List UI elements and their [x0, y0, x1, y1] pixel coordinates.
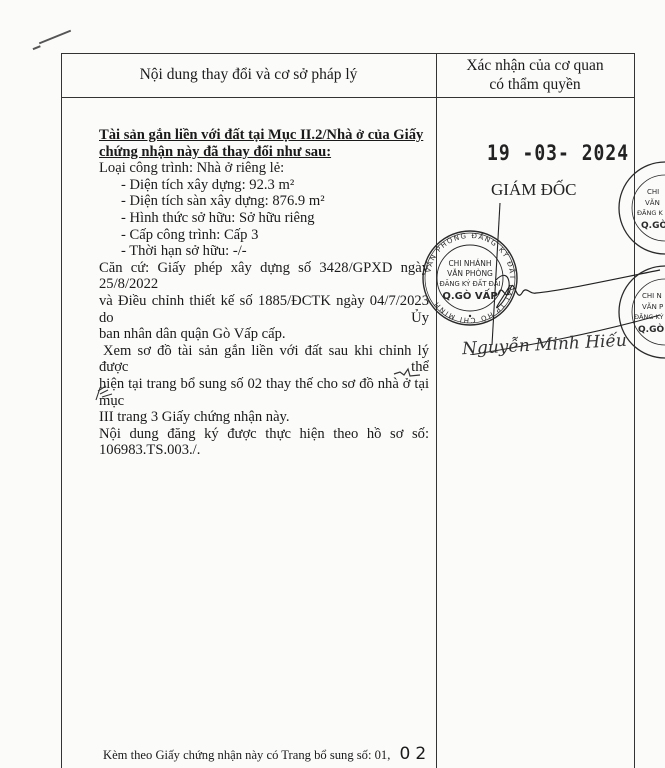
- legal-basis-line-1: Căn cứ: Giấy phép xây dựng số 3428/GPXD …: [99, 260, 429, 293]
- legal-basis-line-3: ban nhân dân quận Gò Vấp cấp.: [99, 326, 429, 343]
- edge-seal-bottom-line-1: CHI N: [642, 292, 662, 300]
- content-heading: Tài sản gắn liền với đất tại Mục II.2/Nh…: [99, 127, 429, 160]
- edge-seal-top-line-3: ĐĂNG K: [637, 208, 663, 217]
- item-ownership-form: - Hình thức sở hữu: Sở hữu riêng: [99, 210, 429, 227]
- edge-seal-bottom-line-2: VĂN P: [642, 302, 663, 311]
- edge-seal-bottom-line-3: ĐĂNG KÝ: [634, 312, 663, 321]
- edge-seal-bottom: CHI N VĂN P ĐĂNG KÝ Q.GÒ: [612, 262, 665, 362]
- edge-seal-bottom-line-4: Q.GÒ: [638, 323, 664, 335]
- diagram-note-line-2: hiện tại trang bổ sung số 02 thay thế ch…: [99, 376, 429, 409]
- diagram-note-line-3: III trang 3 Giấy chứng nhận này.: [99, 409, 429, 426]
- item-ownership-term: - Thời hạn sở hữu: -/-: [99, 243, 429, 260]
- header-right-line1: Xác nhận của cơ quan: [466, 56, 603, 75]
- certification-date: 19 -03- 2024: [487, 141, 629, 166]
- item-construction-grade: - Cấp công trình: Cấp 3: [99, 227, 429, 244]
- header-changes-legal-basis: Nội dung thay đổi và cơ sở pháp lý: [61, 53, 436, 97]
- construction-type: Loại công trình: Nhà ở riêng lẻ:: [99, 160, 429, 177]
- registration-line-2: 106983.TS.003./.: [99, 442, 429, 459]
- diagram-note-line-1: Xem sơ đồ tài sản gắn liền với đất sau k…: [99, 343, 429, 376]
- edge-seal-top-line-1: CHI: [647, 188, 659, 196]
- heading-line-1: Tài sản gắn liền với đất tại Mục II.2/Nh…: [99, 127, 429, 144]
- header-authority-confirmation: Xác nhận của cơ quan có thẩm quyền: [437, 53, 633, 97]
- column-divider: [436, 53, 437, 768]
- header-left-text: Nội dung thay đổi và cơ sở pháp lý: [140, 66, 358, 84]
- initials-mark-left: [92, 382, 116, 402]
- edge-seal-top-line-2: VĂN: [645, 198, 660, 207]
- header-divider: [61, 97, 634, 98]
- legal-basis-line-2: và Điều chỉnh thiết kế số 1885/ĐCTK ngày…: [99, 293, 429, 326]
- heading-line-2: chứng nhận này đã thay đổi như sau:: [99, 144, 429, 161]
- header-right-line2: có thẩm quyền: [489, 75, 580, 94]
- edge-seal-top-line-4: Q.GÒ: [641, 219, 665, 231]
- scan-mark: [39, 30, 71, 45]
- registration-line-1: Nội dung đăng ký được thực hiện theo hồ …: [99, 426, 429, 443]
- change-content: Tài sản gắn liền với đất tại Mục II.2/Nh…: [99, 127, 429, 459]
- supplement-page-note: Kèm theo Giấy chứng nhận này có Trang bổ…: [103, 744, 431, 764]
- item-construction-area: - Diện tích xây dựng: 92.3 m²: [99, 177, 429, 194]
- footer-text: Kèm theo Giấy chứng nhận này có Trang bổ…: [103, 748, 390, 762]
- initials-mark: [392, 366, 422, 382]
- handwritten-page-number: 02: [400, 744, 432, 764]
- item-floor-area: - Diện tích sàn xây dựng: 876.9 m²: [99, 193, 429, 210]
- edge-seal-top: CHI VĂN ĐĂNG K Q.GÒ: [615, 158, 665, 258]
